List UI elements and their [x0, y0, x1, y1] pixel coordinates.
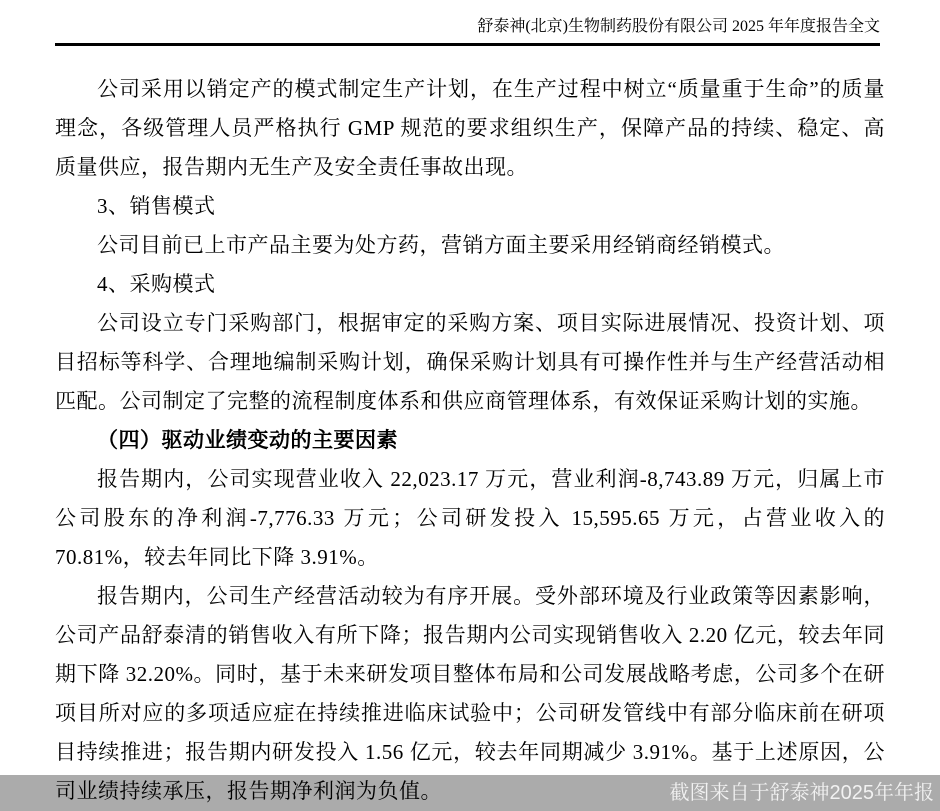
document-body: 公司采用以销定产的模式制定生产计划，在生产过程中树立“质量重于生命”的质量理念，…	[55, 70, 885, 811]
report-header-title: 舒泰神(北京)生物制药股份有限公司 2025 年年度报告全文	[477, 18, 880, 35]
paragraph-production-mode: 公司采用以销定产的模式制定生产计划，在生产过程中树立“质量重于生命”的质量理念，…	[55, 70, 885, 187]
heading-performance-drivers: （四）驱动业绩变动的主要因素	[55, 421, 885, 460]
report-page: 舒泰神(北京)生物制药股份有限公司 2025 年年度报告全文 公司采用以销定产的…	[0, 0, 940, 811]
page-header: 舒泰神(北京)生物制药股份有限公司 2025 年年度报告全文	[55, 0, 880, 46]
heading-sales-mode: 3、销售模式	[55, 187, 885, 226]
paragraph-operations-summary: 报告期内，公司生产经营活动较为有序开展。受外部环境及行业政策等因素影响，公司产品…	[55, 577, 885, 811]
heading-procurement-mode: 4、采购模式	[55, 265, 885, 304]
paragraph-financial-results: 报告期内，公司实现营业收入 22,023.17 万元，营业利润-8,743.89…	[55, 460, 885, 577]
paragraph-procurement-mode: 公司设立专门采购部门，根据审定的采购方案、项目实际进展情况、投资计划、项目招标等…	[55, 304, 885, 421]
paragraph-sales-mode: 公司目前已上市产品主要为处方药，营销方面主要采用经销商经销模式。	[55, 226, 885, 265]
